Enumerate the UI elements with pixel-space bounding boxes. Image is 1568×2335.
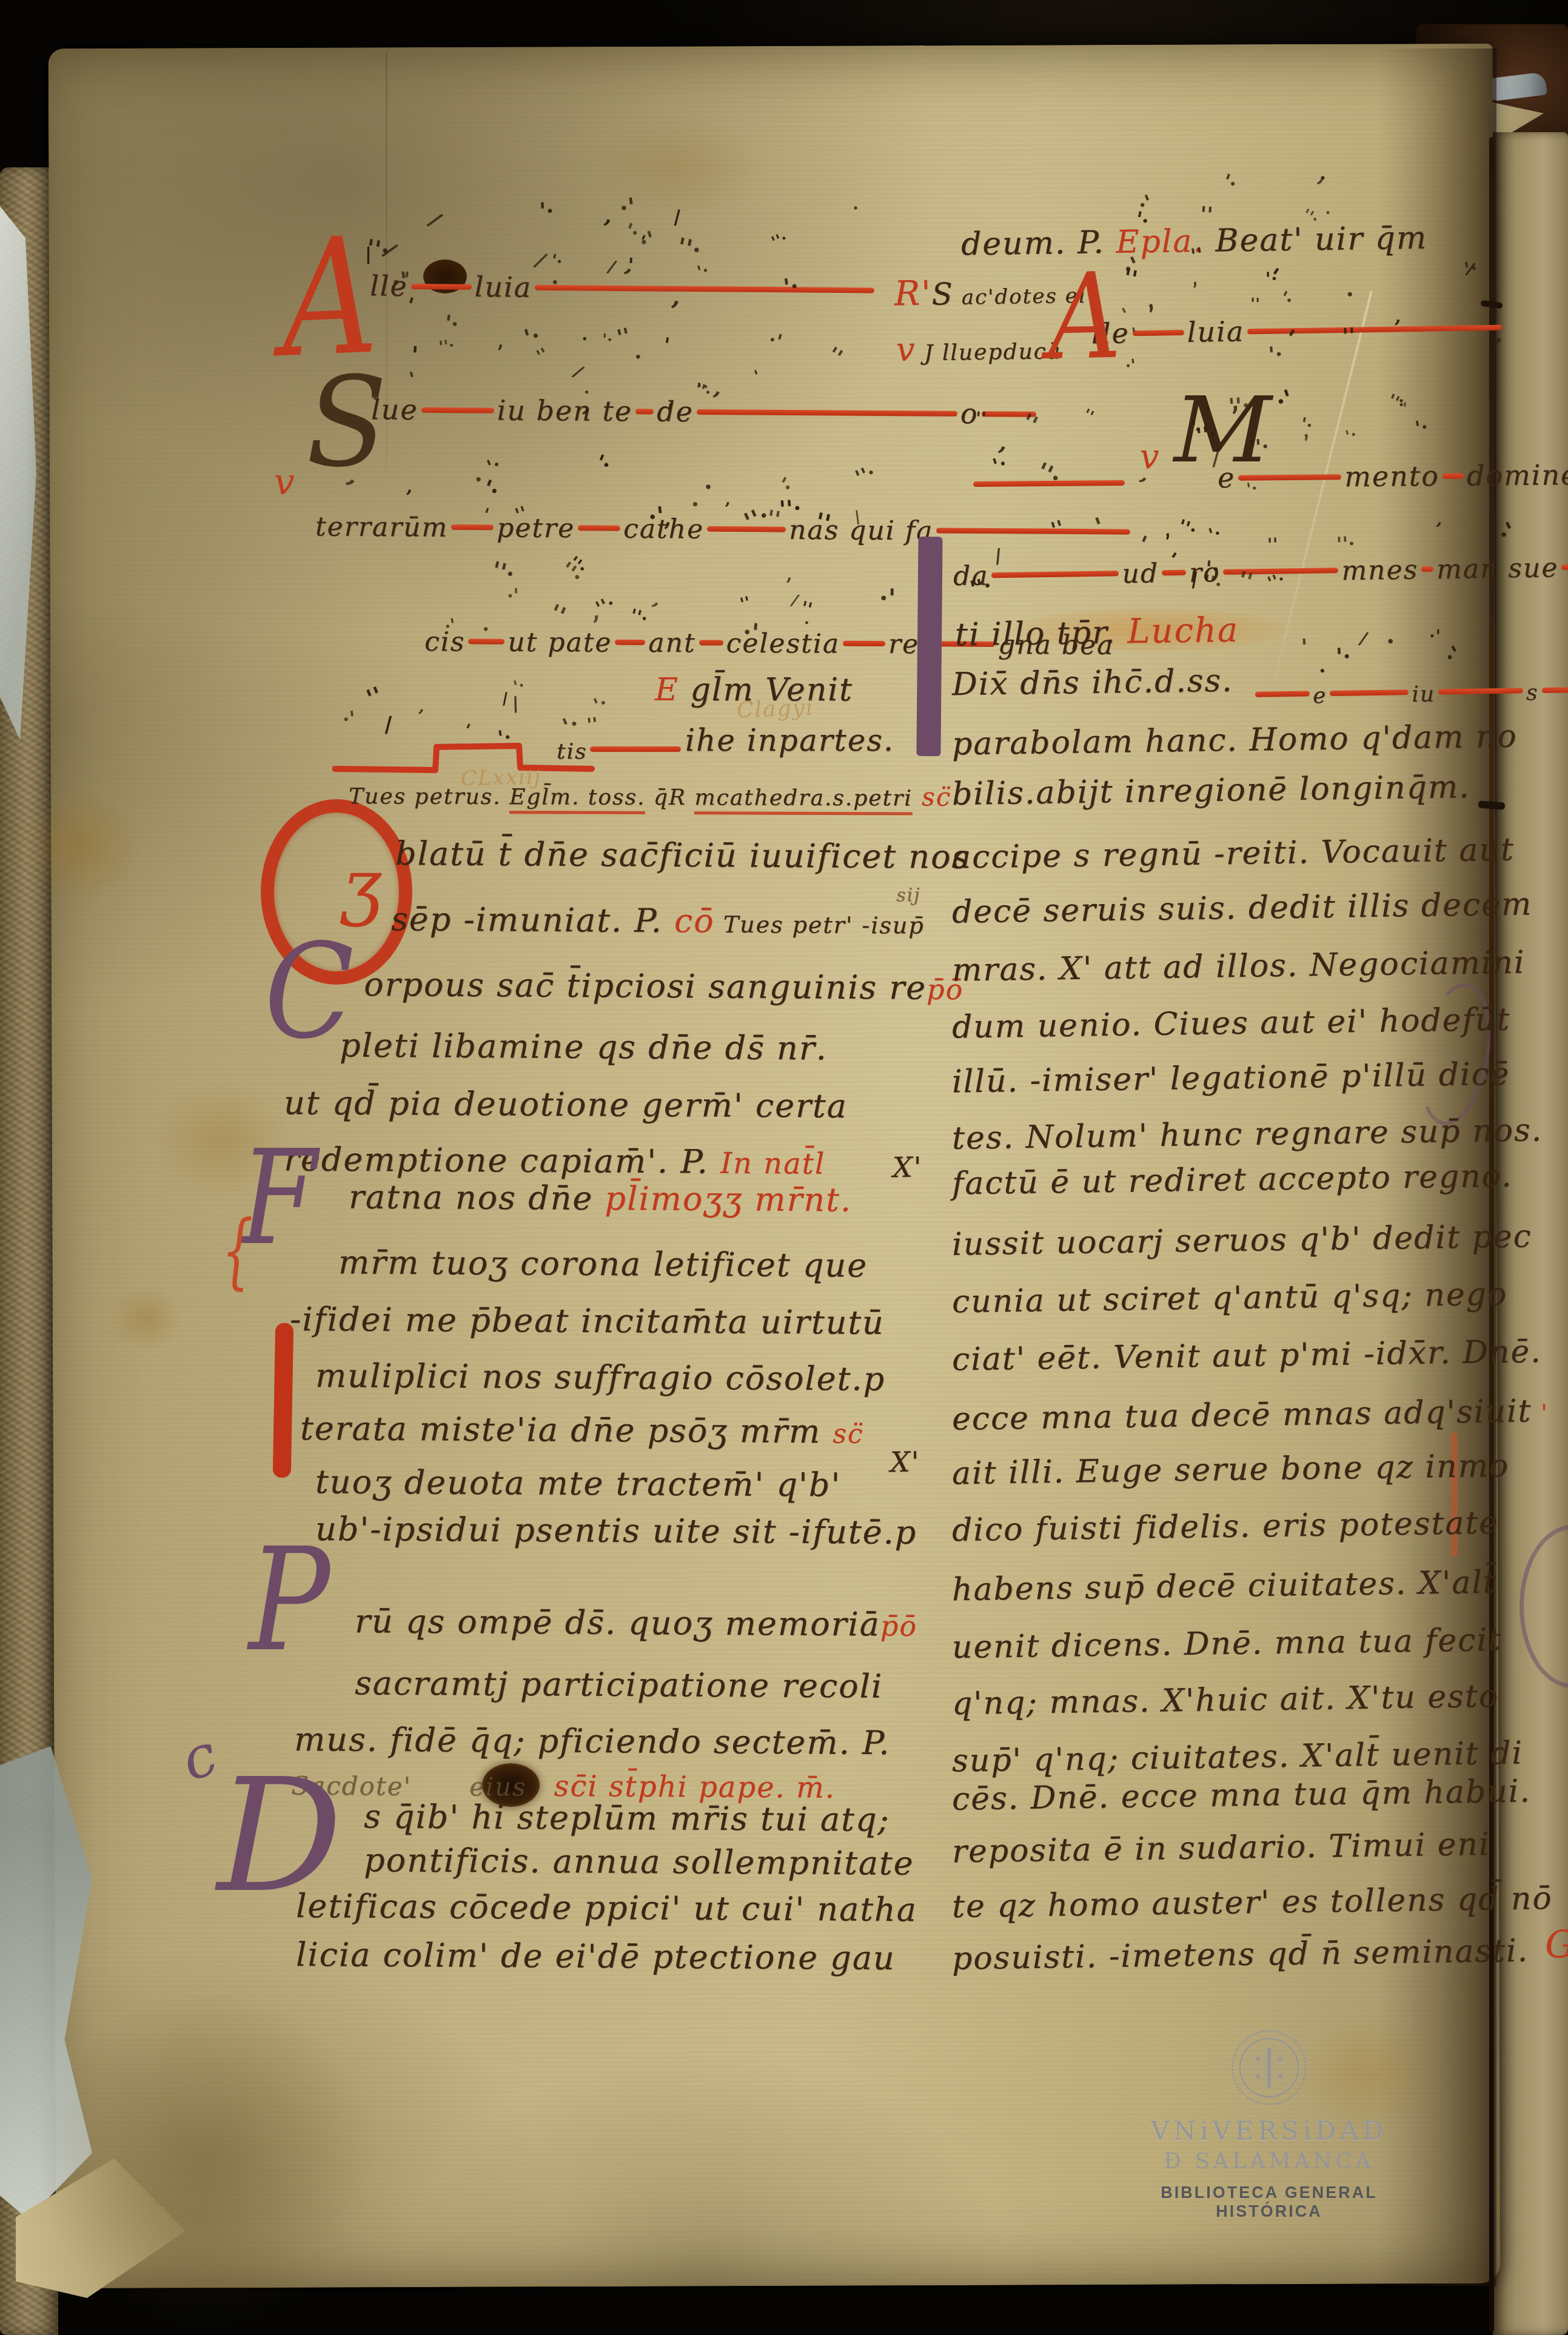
neume-mark: ·	[581, 328, 588, 350]
red-extender-line	[421, 407, 494, 414]
manuscript-text: s q̄ib' hi steplūm mr̄is tui atq;	[364, 1797, 890, 1838]
red-extender-line	[1561, 564, 1568, 570]
manuscript-text-line: ciat' eēt. Venit aut p'mi -idx̄r. Dnē.	[952, 1336, 1542, 1376]
manuscript-text: tis	[557, 739, 587, 764]
manuscript-text: Beat' uir q̄m	[1204, 220, 1427, 260]
manuscript-text: ait illi. Euge serue bone qz inmo	[952, 1448, 1510, 1492]
manuscript-text: mento	[1344, 460, 1439, 493]
manuscript-text-line: reposita ē in sudario. Timui eni	[952, 1829, 1490, 1868]
manuscript-text: iu ben te	[497, 394, 632, 428]
manuscript-text-line: rū qs ompē ds̄. quoʒ memoriāp̄ō	[355, 1605, 917, 1641]
initial-I-bar	[916, 537, 942, 756]
red-extender-line	[1255, 691, 1310, 697]
neume-mark: '·	[602, 330, 613, 350]
neume-mark: ''·	[1336, 532, 1356, 556]
neume-mark: ·'	[506, 585, 520, 607]
manuscript-text: iu	[1412, 682, 1435, 708]
manuscript-text: Dix̄ dn̄s ihc̄.d.ss.	[952, 663, 1233, 703]
manuscript-text-line: sacramtj participatione recoli	[355, 1667, 883, 1703]
neume-mark: ,	[725, 490, 731, 509]
manuscript-text: Egl̄m. toss.	[509, 785, 646, 814]
manuscript-text: ihe inpartes.	[685, 723, 894, 758]
illuminated-initial-C: C	[264, 941, 354, 1043]
manuscript-text: domine	[1467, 458, 1568, 492]
neume-mark: ·'	[879, 583, 896, 612]
manuscript-text-line: redemptione capiam̄'. P. In nat̄l	[284, 1143, 826, 1179]
manuscript-text-line: te qz homo auster' es tollens qd̄ nō	[952, 1883, 1553, 1923]
manuscript-text: uenit dicens. Dnē. mna tua fecit	[952, 1622, 1503, 1666]
red-extender-line	[1247, 325, 1502, 335]
red-extender-line	[578, 525, 620, 531]
initial-I-bar	[273, 1323, 293, 1478]
red-extender-line	[411, 284, 472, 290]
manuscript-text: q'nq; mnas. X'huic ait. X'tu esto	[952, 1678, 1499, 1723]
red-extender-line	[1442, 474, 1464, 479]
neume-mark: '·	[539, 198, 554, 224]
manuscript-text: Tues petr' -isup̄	[715, 911, 925, 939]
red-extender-line	[699, 640, 723, 645]
manuscript-text-line: decē seruis suis. dedit illis decem	[952, 888, 1533, 928]
manuscript-text-line: v J lluepducā	[896, 331, 1062, 366]
manuscript-text: mr̄m tuoʒ corona letificet que	[338, 1243, 868, 1284]
stamp-library-name: BIBLIOTECA GENERAL HISTÓRICA	[1121, 2183, 1418, 2221]
manuscript-text: luia	[1187, 315, 1244, 348]
manuscript-text: terata miste'ia dn̄e psōʒ mr̄m	[300, 1409, 833, 1450]
neume-mark: ·'	[742, 617, 760, 648]
red-extender-line	[615, 640, 645, 645]
neume-mark: ''·	[1248, 435, 1270, 460]
neume-mark: ''	[1267, 534, 1279, 555]
red-extender-line	[451, 524, 494, 530]
manuscript-text: mus. fidē q̄q; pficiendo sectem̄. P.	[294, 1720, 891, 1762]
manuscript-text-line: Tues petrus. Egl̄m. toss. q̄R mcathedra.…	[349, 782, 951, 809]
manuscript-text-line: pontificis. annua sollempnitate	[364, 1844, 914, 1880]
manuscript-text-line: ihe inpartes.	[685, 725, 894, 755]
neume-mark: ·'	[1124, 356, 1137, 376]
manuscript-text: licia colim' de ei'dē ptectione gau	[296, 1935, 896, 1977]
manuscript-text: cis	[424, 626, 466, 657]
neume-mark: '·	[1335, 643, 1352, 671]
neume-mark: ·'	[1429, 626, 1441, 647]
manuscript-text: dum uenio. Ciues aut ei' hodefūt	[952, 1002, 1511, 1046]
stain	[24, 788, 139, 903]
manuscript-text-line: terata miste'ia dn̄e psōʒ mr̄m sc̈	[300, 1412, 864, 1449]
neume-mark: ''·	[674, 232, 703, 265]
stain	[109, 1285, 182, 1352]
red-extender-line	[1541, 687, 1568, 693]
neume-mark: ,	[497, 330, 504, 352]
manuscript-text-line: tes. Nolum' hunc regnare sup̄ nos.	[952, 1114, 1543, 1154]
manuscript-text: q̄R	[645, 785, 694, 810]
manuscript-text: petre	[497, 512, 575, 544]
rubric-text: p̄ō	[880, 1609, 917, 1642]
manuscript-text-line: cēs. Dnē. ecce mna tua q̄m habui.	[952, 1775, 1531, 1815]
manuscript-text: -ifidei me p̄beat incitam̄ta uirtutū	[290, 1300, 885, 1342]
manuscript-text-line: ait illi. Euge serue bone qz inmo	[952, 1450, 1510, 1490]
manuscript-text: bilis.abijt inregionē longinq̄m.	[952, 769, 1470, 812]
library-stamp: VNiVERSiDAD Ð SALAMANCA BIBLIOTECA GENER…	[1121, 2030, 1418, 2221]
manuscript-text: ud	[1122, 558, 1159, 589]
manuscript-text-line: parabolam hanc. Homo q'dam no	[952, 720, 1518, 760]
red-extender-line	[590, 746, 681, 752]
neume-mark: /	[1212, 446, 1221, 471]
manuscript-text: sij	[896, 885, 921, 906]
red-extender-line	[535, 285, 874, 293]
manuscript-text-line: ecce mna tua decē mnas adq'siuit '	[952, 1395, 1549, 1435]
manuscript-text-line: ti illo tp̄r. Lucha	[955, 614, 1239, 652]
manuscript-text: redemptione capiam̄'. P.	[284, 1140, 720, 1181]
manuscript-text: terrarūm	[315, 511, 448, 543]
rubric-text: In nat̄l	[720, 1147, 826, 1181]
manuscript-text: cunia ut sciret q'antū q'sq; nego	[952, 1276, 1508, 1321]
red-extender-line	[991, 571, 1119, 578]
neume-mark: ,	[663, 504, 671, 531]
manuscript-text-line: orpous sac̄ t̄ipciosi sanguinis rep̄ō	[364, 968, 964, 1005]
manuscript-text: S	[931, 276, 954, 312]
manuscript-text: Tues petrus.	[349, 784, 509, 809]
stamp-university-name-2: Ð SALAMANCA	[1121, 2149, 1418, 2174]
manuscript-text: eius	[469, 1772, 527, 1802]
illuminated-initial-{: {	[222, 1219, 253, 1282]
manuscript-text-line: blatū t̄ dn̄e sac̄ficiū iuuificet nos	[395, 837, 970, 874]
neume-mark: ''	[1250, 294, 1260, 313]
illuminated-initial-A: A	[1048, 270, 1122, 364]
stamp-university-name: VNiVERSiDAD	[1121, 2116, 1418, 2146]
manuscript-text: pleti libamine qs dn̄e ds̄ nr̄.	[340, 1027, 828, 1068]
rubric-text: Lucha	[1127, 611, 1239, 652]
manuscript-text: sacramtj participatione recoli	[355, 1664, 883, 1705]
gap	[412, 1795, 469, 1795]
manuscript-text: ut pate	[508, 627, 612, 658]
manuscript-text: orpous sac̄ t̄ipciosi sanguinis re	[364, 965, 926, 1007]
university-seal-icon	[1231, 2030, 1307, 2105]
red-extender-line	[1162, 570, 1186, 576]
manuscript-text-line: Clagyi	[736, 697, 814, 722]
manuscript-text-line: terrarūmpetrecathenas qui fa	[315, 514, 1134, 546]
manuscript-text-line: ub'-ipsidui psentis uite sit -ifutē.p	[315, 1513, 917, 1549]
manuscript-text-line: -ifidei me p̄beat incitam̄ta uirtutū	[290, 1303, 885, 1339]
illuminated-initial-v: v	[274, 468, 295, 497]
rubric-text: '	[1532, 1399, 1549, 1427]
rubric-text: R'	[894, 273, 932, 313]
neume-mark: ''	[975, 407, 987, 429]
manuscript-text: mcathedra.s.petri	[694, 785, 913, 815]
manuscript-text-line: uenit dicens. Dnē. mna tua fecit	[952, 1624, 1502, 1664]
manuscript-text: J lluepducā	[916, 339, 1061, 366]
manuscript-text: dico fuisti fidelis. eris potestate	[952, 1505, 1499, 1549]
manuscript-text-line: eius	[1252, 682, 1568, 708]
manuscript-text-line: tis	[557, 741, 684, 763]
rubric-text: cō	[674, 902, 715, 940]
manuscript-text: man sue	[1436, 552, 1559, 585]
manuscript-text-line: habens sup̄ decē ciuitates. X'alt̄	[952, 1567, 1497, 1606]
neume-mark: ,	[786, 563, 792, 584]
manuscript-text: tuoʒ deuota mte tractem̄' q'b'	[315, 1462, 842, 1504]
manuscript-text: ratna nos dn̄e	[349, 1178, 605, 1218]
manuscript-text-line: s q̄ib' hi steplūm mr̄is tui atq;	[364, 1800, 890, 1836]
manuscript-text-line: licia colim' de ei'dē ptectione gau	[296, 1938, 896, 1975]
red-extender-line	[1421, 566, 1433, 572]
manuscript-text-line: ratna nos dn̄e pl̄imoʒʒ mr̄nt.	[349, 1181, 852, 1216]
neume-mark: ''	[1199, 202, 1215, 228]
rubric-text: E	[655, 672, 679, 708]
manuscript-text-line: letificas cōcede ppici' ut cui' natha	[296, 1890, 917, 1926]
manuscript-text-line: lleluia	[370, 272, 878, 304]
manuscript-text: X'	[893, 1151, 923, 1184]
manuscript-text-line: sij	[896, 886, 921, 905]
rubric-text: v	[896, 330, 916, 368]
manuscript-text-line: mus. fidē q̄q; pficiendo sectem̄. P.	[294, 1723, 891, 1760]
manuscript-text-line: sēp -imuniat. P. cō Tues petr' -isup̄	[391, 903, 925, 939]
manuscript-text: muliplici nos suffragio cōsolet.p	[315, 1356, 885, 1398]
manuscript-text: e	[1313, 683, 1327, 708]
manuscript-text: mnes	[1341, 554, 1418, 586]
illuminated-initial-S: S	[306, 375, 387, 472]
rubric-text: G	[1545, 1922, 1568, 1966]
manuscript-text: ub'-ipsidui psentis uite sit -ifutē.p	[315, 1510, 917, 1552]
manuscript-text-line: mras. X' att ad illos. Negociamini	[952, 946, 1526, 986]
manuscript-text-line: muliplici nos suffragio cōsolet.p	[315, 1359, 885, 1396]
manuscript-text: blatū t̄ dn̄e sac̄ficiū iuuificet nos	[395, 834, 970, 876]
manuscript-text-line: factū ē ut rediret accepto regno.	[952, 1161, 1513, 1200]
manuscript-text: s	[1526, 680, 1539, 705]
red-extender-line	[1133, 330, 1184, 336]
neume-mark: ,	[666, 390, 673, 411]
neume-mark: /	[673, 205, 682, 229]
manuscript-text: re	[888, 629, 919, 660]
rubric-text: sc̈	[833, 1419, 864, 1450]
manuscript-text-line: ut qd̄ pia deuotione germ̄' certa	[284, 1087, 848, 1123]
red-extender-line	[1330, 689, 1409, 696]
manuscript-text: luia	[474, 270, 532, 304]
manuscript-text: reposita ē in sudario. Timui eni	[952, 1826, 1490, 1870]
manuscript-text-line: X'	[893, 1153, 923, 1182]
manuscript-text: ti illo tp̄r.	[955, 614, 1128, 653]
manuscript-text: habens sup̄ decē ciuitates. X'alt̄	[952, 1564, 1498, 1609]
red-extender-line	[635, 409, 654, 414]
manuscript-text: de	[657, 395, 694, 427]
manuscript-text-line: tuoʒ deuota mte tractem̄' q'b'	[315, 1466, 842, 1501]
neume-mark: ''·	[437, 336, 455, 357]
manuscript-text: X'	[890, 1446, 920, 1479]
illuminated-initial-P: P	[249, 1545, 330, 1656]
neume-mark: /	[384, 712, 393, 738]
rubric-text: sc̈	[913, 782, 952, 812]
manuscript-text-line: X'	[890, 1448, 920, 1476]
rubric-text: pl̄imoʒʒ mr̄nt.	[605, 1179, 852, 1219]
manuscript-text-line: iussit uocarj seruos q'b' dedit pec	[952, 1221, 1532, 1260]
manuscript-text-line: pleti libamine qs dn̄e ds̄ nr̄.	[340, 1030, 828, 1065]
manuscript-text: ant	[648, 628, 696, 658]
red-extender-line	[1438, 688, 1523, 695]
red-extender-line	[843, 641, 885, 646]
red-extender-line	[697, 409, 957, 417]
manuscript-text: illū. -imiser' legationē p'illū dicē	[952, 1056, 1510, 1100]
manuscript-text-line: sup̄' q'nq; ciuitates. X'alt̄ uenit di	[952, 1737, 1524, 1777]
manuscript-text-line: G	[1545, 1926, 1568, 1963]
manuscript-text: pontificis. annua sollempnitate	[364, 1841, 914, 1883]
manuscript-text-line: posuisti. -imetens qd̄ n̄ seminasti.	[952, 1935, 1529, 1974]
manuscript-text-line: mr̄m tuoʒ corona letificet que	[338, 1246, 868, 1282]
manuscript-text-line: cunia ut sciret q'antū q'sq; nego	[952, 1279, 1508, 1318]
manuscript-text-line: dico fuisti fidelis. eris potestate	[952, 1507, 1499, 1547]
neume-mark: ''	[1341, 323, 1356, 349]
manuscript-text: sēp -imuniat. P.	[391, 900, 674, 940]
manuscript-text: letificas cōcede ppici' ut cui' natha	[296, 1887, 917, 1929]
manuscript-text-line: dum uenio. Ciues aut ei' hodefūt	[952, 1004, 1511, 1044]
manuscript-text-line: q'nq; mnas. X'huic ait. X'tu esto	[952, 1681, 1499, 1720]
manuscript-text-line: Dix̄ dn̄s ihc̄.d.ss.	[952, 665, 1233, 700]
water-stain	[36, 1989, 376, 2328]
manuscript-text-line: illū. -imiser' legationē p'illū dicē	[952, 1059, 1510, 1098]
illuminated-initial-D: D	[217, 1775, 343, 1897]
manuscript-text-line: bilis.abijt inregionē longinq̄m.	[952, 771, 1470, 810]
manuscript-text: ut qd̄ pia deuotione germ̄' certa	[284, 1084, 848, 1125]
manuscript-text: Clagyi	[736, 695, 814, 723]
manuscript-text-line: accipe s regnū -reiti. Vocauit aut	[952, 834, 1515, 874]
manuscript-photo: ʒ lleluialueiu ben tedeoterrarūmpetrecat…	[0, 0, 1568, 2335]
manuscript-text: rū qs ompē ds̄. quoʒ memoriā	[355, 1602, 880, 1643]
